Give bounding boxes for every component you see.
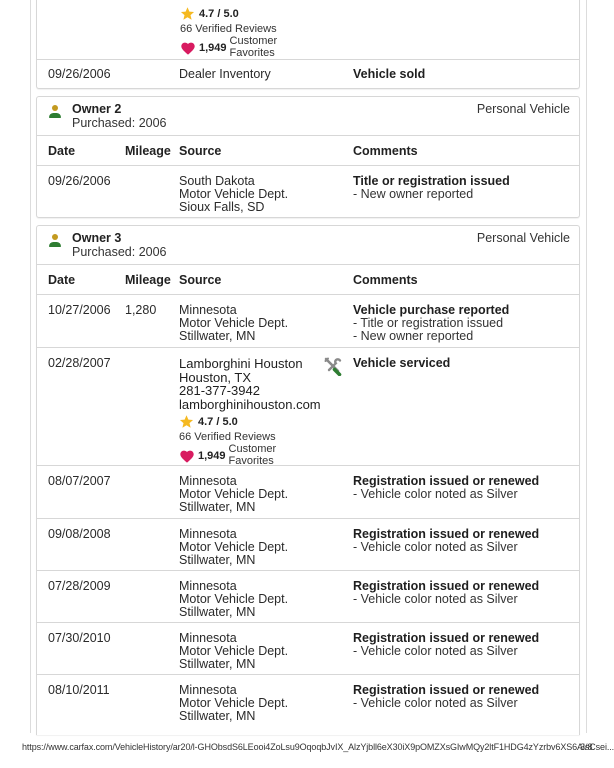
verified-reviews: 66 Verified Reviews [179, 431, 321, 443]
star-icon [180, 6, 195, 21]
row-comments: Registration issued or renewed- Vehicle … [353, 580, 539, 606]
row-comments: Vehicle purchase reported- Title or regi… [353, 304, 509, 343]
page-number: 3/8 [580, 742, 593, 752]
table-row: 09/26/2006 Dealer Inventory Vehicle sold [37, 59, 579, 89]
owner3-header: Owner 3 Purchased: 2006 Personal Vehicle [37, 226, 579, 265]
table-row: 10/27/20061,280MinnesotaMotor Vehicle De… [37, 295, 579, 348]
row-date: 09/26/2006 [48, 68, 111, 81]
row-note: - Vehicle color noted as Silver [353, 541, 539, 554]
col-source: Source [179, 273, 221, 287]
source-detail: Stillwater, MN [179, 330, 288, 343]
owner-person-icon [48, 105, 62, 119]
dealer-rating[interactable]: 4.7 / 5.0 66 Verified Reviews 1,949 Cust… [180, 6, 277, 59]
col-mileage: Mileage [125, 273, 171, 287]
owner1-history-card: 4.7 / 5.0 66 Verified Reviews 1,949 Cust… [36, 0, 580, 89]
row-event: Vehicle serviced [353, 357, 450, 370]
rating-score: 4.7 / 5.0 [199, 8, 239, 20]
row-source: MinnesotaMotor Vehicle Dept.Stillwater, … [179, 580, 288, 619]
col-source: Source [179, 144, 221, 158]
favorites-label-2: Favorites [230, 47, 275, 59]
source-detail: lamborghinihouston.com [179, 398, 321, 412]
row-date: 07/30/2010 [48, 632, 111, 645]
source-detail: Stillwater, MN [179, 501, 288, 514]
table-row: 07/30/2010MinnesotaMotor Vehicle Dept.St… [37, 623, 579, 675]
row-comments: Title or registration issued- New owner … [353, 175, 510, 201]
source-detail: Sioux Falls, SD [179, 201, 288, 214]
table-header: Date Mileage Source Comments [37, 136, 579, 166]
row-source: MinnesotaMotor Vehicle Dept.Stillwater, … [179, 684, 288, 723]
source-detail: Houston, TX [179, 371, 321, 385]
owner3-rows: 10/27/20061,280MinnesotaMotor Vehicle De… [37, 295, 579, 735]
col-comments: Comments [353, 144, 418, 158]
row-source: MinnesotaMotor Vehicle Dept.Stillwater, … [179, 632, 288, 671]
owner-vehicle-type: Personal Vehicle [477, 102, 570, 116]
row-event: Vehicle sold [353, 67, 425, 81]
row-source[interactable]: Lamborghini HoustonHouston, TX281-377-39… [179, 357, 321, 467]
owner2-header: Owner 2 Purchased: 2006 Personal Vehicle [37, 97, 579, 136]
row-source: Dealer Inventory [179, 68, 271, 81]
star-icon [179, 414, 194, 429]
row-note: - New owner reported [353, 188, 510, 201]
row-date: 07/28/2009 [48, 580, 111, 593]
service-tools-icon [323, 356, 343, 376]
row-source: South DakotaMotor Vehicle Dept.Sioux Fal… [179, 175, 288, 214]
customer-favorites: 1,949CustomerFavorites [179, 444, 321, 467]
row-date: 09/08/2008 [48, 528, 111, 541]
heart-icon [179, 449, 195, 463]
table-row: 09/26/2006South DakotaMotor Vehicle Dept… [37, 166, 579, 218]
row-mileage: 1,280 [125, 304, 156, 317]
row-comments: Registration issued or renewed- Vehicle … [353, 632, 539, 658]
row-source: MinnesotaMotor Vehicle Dept.Stillwater, … [179, 528, 288, 567]
favorites-label: Customer [230, 35, 278, 47]
source-detail: Stillwater, MN [179, 710, 288, 723]
row-date: 10/27/2006 [48, 304, 111, 317]
heart-icon [180, 41, 196, 55]
row-date: 08/10/2011 [48, 684, 110, 697]
owner2-rows: 09/26/2006South DakotaMotor Vehicle Dept… [37, 166, 579, 218]
row-source: MinnesotaMotor Vehicle Dept.Stillwater, … [179, 475, 288, 514]
source-detail: Stillwater, MN [179, 658, 288, 671]
table-row: 02/28/2007Lamborghini HoustonHouston, TX… [37, 348, 579, 466]
row-comments: Registration issued or renewed- Vehicle … [353, 684, 539, 710]
row-date: 09/26/2006 [48, 175, 111, 188]
owner-vehicle-type: Personal Vehicle [477, 231, 570, 245]
favorites-label: CustomerFavorites [229, 444, 277, 467]
row-date: 02/28/2007 [48, 357, 111, 370]
favorites-count: 1,949 [198, 450, 226, 462]
rating-line: 4.7 / 5.0 [179, 414, 321, 429]
owner2-card: Owner 2 Purchased: 2006 Personal Vehicle… [36, 96, 580, 218]
source-name: Lamborghini Houston [179, 357, 321, 371]
dealer-rating[interactable]: 4.7 / 5.066 Verified Reviews1,949Custome… [179, 414, 321, 467]
favorites-label-2: Favorites [229, 455, 274, 467]
row-note: - New owner reported [353, 330, 509, 343]
owner-person-icon [48, 234, 62, 248]
row-comments: Vehicle serviced [353, 357, 450, 370]
table-row: 08/10/2011MinnesotaMotor Vehicle Dept.St… [37, 675, 579, 735]
owner-title: Owner 2 [72, 102, 121, 116]
source-detail: 281-377-3942 [179, 384, 321, 398]
owner-purchased: Purchased: 2006 [72, 116, 167, 130]
row-comments: Registration issued or renewed- Vehicle … [353, 528, 539, 554]
row-note: - Vehicle color noted as Silver [353, 488, 539, 501]
source-detail: Stillwater, MN [179, 606, 288, 619]
page-url[interactable]: https://www.carfax.com/VehicleHistory/ar… [22, 742, 614, 752]
table-row: 09/08/2008MinnesotaMotor Vehicle Dept.St… [37, 519, 579, 571]
row-date: 08/07/2007 [48, 475, 111, 488]
col-mileage: Mileage [125, 144, 171, 158]
owner-purchased: Purchased: 2006 [72, 245, 167, 259]
row-note: - Vehicle color noted as Silver [353, 645, 539, 658]
col-date: Date [48, 273, 75, 287]
row-note: - Vehicle color noted as Silver [353, 697, 539, 710]
row-note: - Vehicle color noted as Silver [353, 593, 539, 606]
verified-reviews: 66 Verified Reviews [180, 23, 277, 35]
owner3-card: Owner 3 Purchased: 2006 Personal Vehicle… [36, 225, 580, 735]
row-source: MinnesotaMotor Vehicle Dept.Stillwater, … [179, 304, 288, 343]
source-detail: Stillwater, MN [179, 554, 288, 567]
rating-score: 4.7 / 5.0 [198, 416, 238, 428]
owner-title: Owner 3 [72, 231, 121, 245]
col-date: Date [48, 144, 75, 158]
favorites-count: 1,949 [199, 42, 227, 54]
col-comments: Comments [353, 273, 418, 287]
table-header: Date Mileage Source Comments [37, 265, 579, 295]
table-row: 07/28/2009MinnesotaMotor Vehicle Dept.St… [37, 571, 579, 623]
favorites-label-1: Customer [229, 443, 277, 455]
table-row: 08/07/2007MinnesotaMotor Vehicle Dept.St… [37, 466, 579, 519]
row-comments: Registration issued or renewed- Vehicle … [353, 475, 539, 501]
